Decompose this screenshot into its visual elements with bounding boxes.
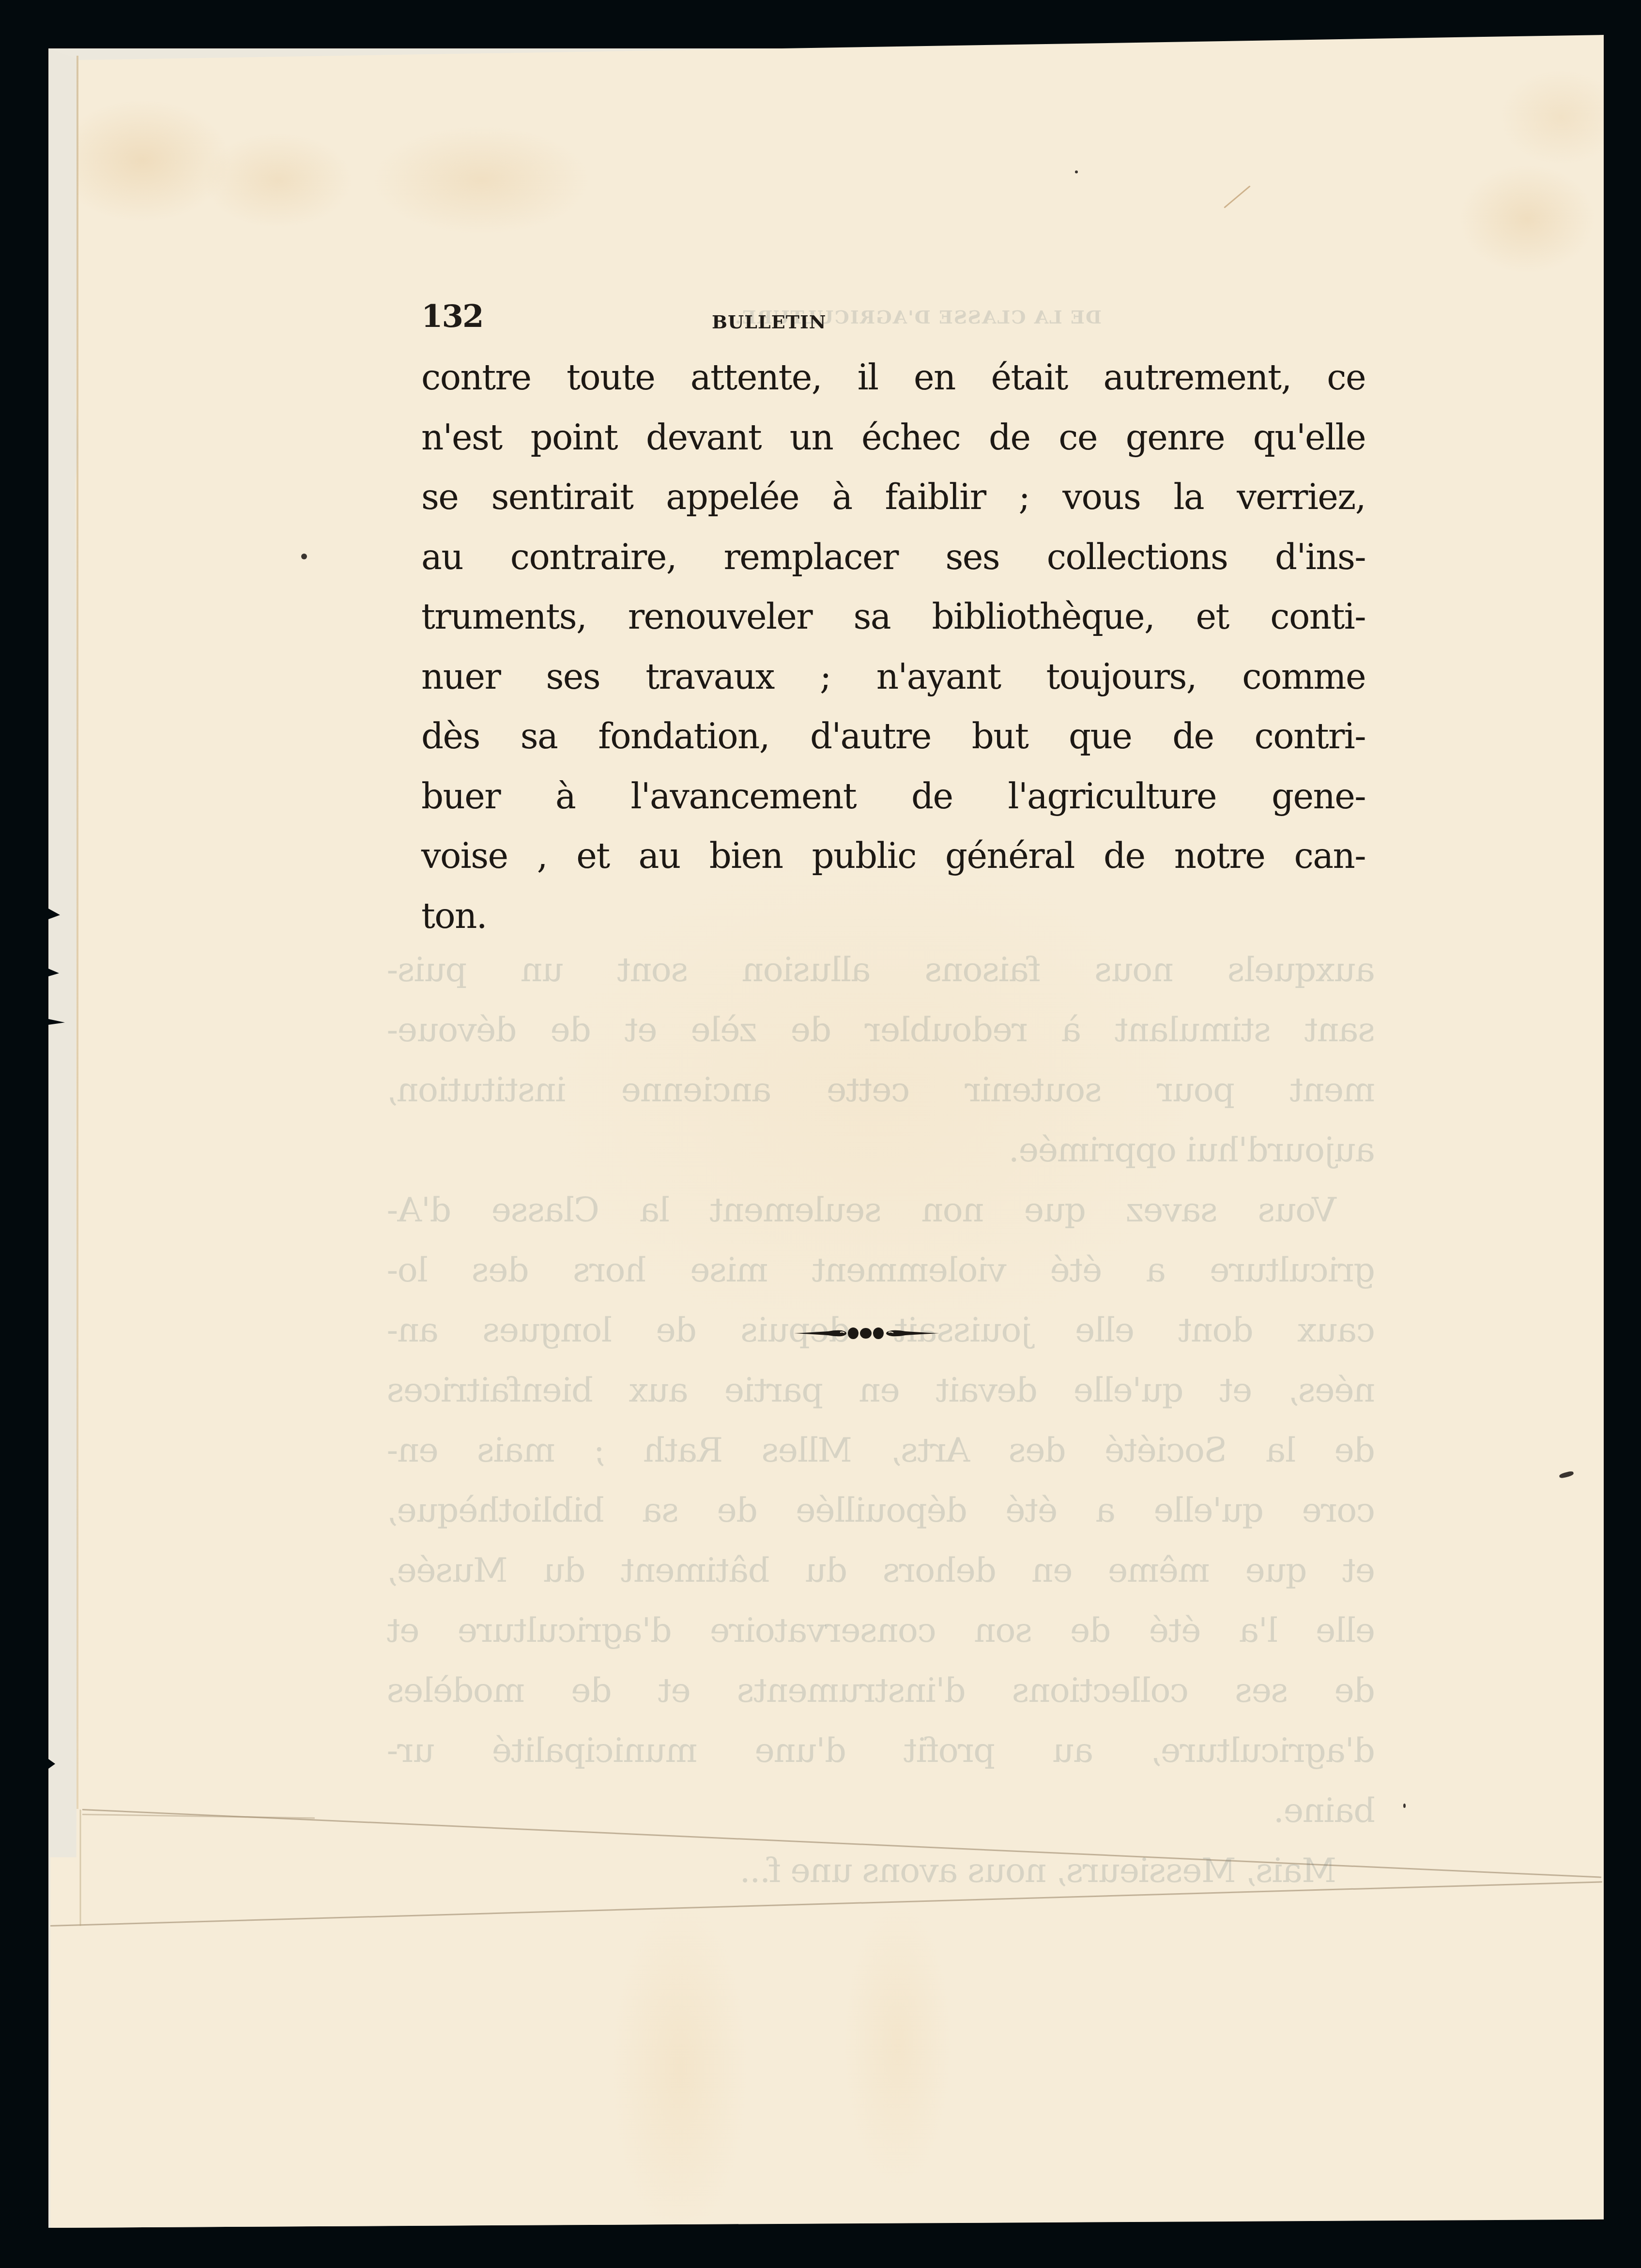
running-head: 132 BULLETIN bbox=[421, 281, 1365, 339]
body-line: buer à l'avancement de l'agriculture gen… bbox=[421, 767, 1365, 827]
body-line: nuer ses travaux ; n'ayant toujours, com… bbox=[421, 647, 1365, 707]
body-line: dès sa fondation, d'autre but que de con… bbox=[421, 707, 1365, 767]
fold-left-edge bbox=[80, 1810, 81, 1926]
ornament-icon bbox=[794, 1325, 939, 1342]
body-line: ton. bbox=[421, 886, 1365, 946]
paper-speck bbox=[1075, 170, 1078, 173]
page-number: 132 bbox=[421, 298, 483, 335]
body-line: truments, renouveler sa bibliothèque, et… bbox=[421, 587, 1365, 647]
paper-speck bbox=[301, 554, 307, 559]
body-line: n'est point devant un échec de ce genre … bbox=[421, 408, 1365, 468]
body-line: au contraire, remplacer ses collections … bbox=[421, 527, 1365, 587]
running-title: BULLETIN bbox=[712, 311, 826, 333]
paper-speck bbox=[1403, 1804, 1406, 1808]
body-line: voise , et au bien public général de not… bbox=[421, 826, 1365, 886]
left-backing-strip bbox=[48, 48, 78, 1857]
printed-text-block: 132 BULLETIN contre toute attente, il en… bbox=[421, 281, 1365, 946]
body-paragraph: contre toute attente, il en était autrem… bbox=[421, 348, 1365, 946]
body-line: contre toute attente, il en était autrem… bbox=[421, 348, 1365, 408]
torn-left-edge bbox=[77, 56, 78, 1809]
body-line: se sentirait appelée à faiblir ; vous la… bbox=[421, 467, 1365, 527]
